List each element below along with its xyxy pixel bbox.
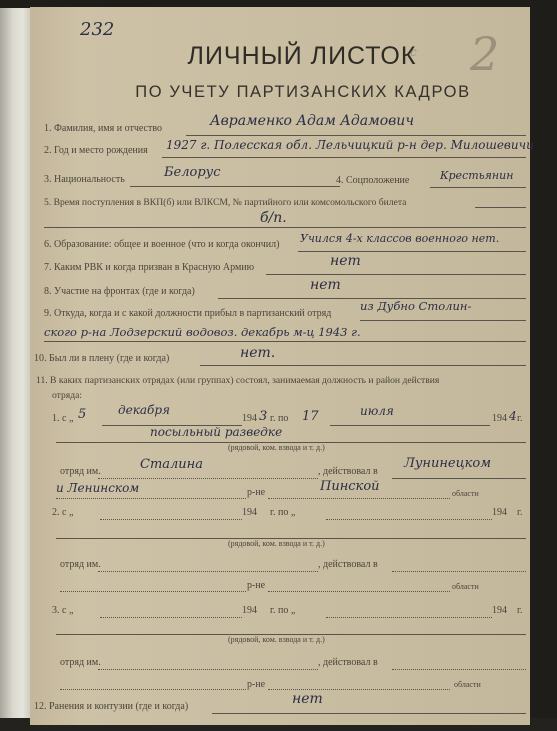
entry-2-g-po: г. по „ — [270, 507, 295, 518]
entry-1-to-line — [330, 425, 490, 426]
field-12-label: 12. Ранения и контузии (где и когда) — [34, 701, 188, 712]
field-5-line-a — [475, 207, 526, 208]
entry-2-oblast-label: области — [452, 582, 479, 591]
field-9-label: 9. Откуда, когда и с какой должности при… — [44, 308, 331, 319]
entry-1-otryad-line — [98, 478, 318, 479]
entry-2-deystvoval-line — [392, 571, 526, 572]
entry-3-otryad-line — [98, 669, 318, 670]
entry-1-to-month: июля — [360, 404, 394, 418]
field-7-label: 7. Каким РВК и когда призван в Красную А… — [44, 262, 254, 273]
entry-1-from-day: 5 — [78, 407, 86, 422]
field-4-line — [430, 187, 526, 188]
entry-3-to-line — [326, 617, 492, 618]
field-1-line — [186, 135, 526, 136]
field-5-value: б/п. — [260, 210, 287, 226]
field-11-label-line1: 11. В каких партизанских отрядах (или гр… — [36, 375, 439, 386]
field-9-line-b — [44, 341, 526, 342]
entry-1-from-month: декабря — [118, 403, 170, 417]
entry-3-oblast-label: области — [454, 680, 481, 689]
field-5-line-b — [44, 227, 526, 228]
field-12-value: нет — [292, 691, 323, 707]
field-1-value: Авраменко Адам Адамович — [210, 113, 414, 129]
entry-1-from-year-printed: 194 — [242, 413, 257, 424]
field-6-label: 6. Образование: общее и военное (что и к… — [44, 239, 279, 250]
field-7-value: нет — [330, 253, 361, 269]
binder-edge — [0, 8, 32, 728]
entry-1-from-year-hand: 3 — [259, 409, 267, 424]
entry-3-position-hint: (рядовой, ком. взвода и т. д.) — [228, 635, 325, 644]
entry-2-otryad-label: отряд им. — [60, 559, 101, 570]
field-1-label: 1. Фамилия, имя и отчество — [44, 123, 162, 134]
archive-number: 232 — [80, 19, 114, 40]
document-subtitle: ПО УЧЕТУ ПАРТИЗАНСКИХ КАДРОВ — [108, 83, 498, 102]
entry-2-from-year-printed: 194 — [242, 507, 257, 518]
entry-2-from-line — [100, 519, 242, 520]
entry-1-oblast-line — [268, 498, 450, 499]
field-12-line — [212, 713, 526, 714]
entry-1-rayon-line — [56, 498, 246, 499]
entry-1-prefix: 1. с „ — [52, 413, 73, 424]
entry-1-to-year-printed: 194 — [492, 413, 507, 424]
entry-1-g: г. — [517, 413, 522, 424]
entry-2-to-line — [326, 519, 492, 520]
entry-1-oblast-value: Пинской — [320, 479, 380, 494]
field-9-value-line1: из Дубно Столин- — [360, 299, 471, 313]
field-6-line — [298, 251, 526, 252]
pencil-mark-large: 2 — [470, 27, 499, 81]
entry-1-position-hint: (рядовой, ком. взвода и т. д.) — [228, 443, 325, 452]
field-4-label: 4. Соцположение — [336, 175, 409, 186]
entry-1-to-day: 17 — [302, 409, 319, 424]
entry-1-rayon-label: р-не — [247, 487, 265, 498]
field-3-value: Белорус — [164, 165, 221, 180]
entry-3-oblast-line — [268, 689, 450, 690]
entry-2-otryad-line — [98, 571, 318, 572]
field-3-label: 3. Национальность — [44, 174, 125, 185]
entry-3-to-year-printed: 194 — [492, 605, 507, 616]
field-3-line — [130, 186, 340, 187]
field-10-value: нет. — [240, 345, 275, 361]
entry-3-otryad-label: отряд им. — [60, 657, 101, 668]
entry-1-deystvoval-value: Лунинецком — [404, 456, 491, 471]
field-10-line — [200, 365, 526, 366]
field-6-value: Учился 4-х классов военного нет. — [300, 232, 499, 245]
entry-1-position: посыльный разведке — [150, 425, 282, 439]
field-2-value: 1927 г. Полесская обл. Лельчицкий р-н де… — [166, 138, 534, 152]
entry-1-to-year-hand: 4 — [509, 409, 517, 423]
field-5-label: 5. Время поступления в ВКП(б) или ВЛКСМ,… — [44, 197, 406, 208]
entry-2-prefix: 2. с „ — [52, 507, 73, 518]
entry-3-prefix: 3. с „ — [52, 605, 73, 616]
entry-3-rayon-line — [60, 689, 246, 690]
field-8-label: 8. Участие на фронтах (где и когда) — [44, 286, 195, 297]
field-9-value-line2: ского р-на Лодзерский водовоз. декабрь м… — [44, 325, 361, 339]
entry-1-deystvoval-line — [392, 478, 526, 479]
entry-3-rayon-label: р-не — [247, 679, 265, 690]
entry-1-otryad-value: Сталина — [140, 457, 203, 472]
entry-1-oblast-label: области — [452, 489, 479, 498]
entry-2-rayon-line — [60, 591, 246, 592]
entry-1-g-po: г. по — [270, 413, 288, 424]
entry-3-deystvoval-label: , действовал в — [318, 657, 378, 668]
field-9-line-a — [360, 320, 526, 321]
field-7-line — [266, 274, 526, 275]
field-2-line — [162, 157, 526, 158]
entry-3-g-po: г. по „ — [270, 605, 295, 616]
field-2-label: 2. Год и место рождения — [44, 145, 148, 156]
entry-3-g: г. — [517, 605, 522, 616]
document-title: ЛИЧНЫЙ ЛИСТОК — [152, 42, 452, 71]
field-4-value: Крестьянин — [440, 169, 514, 182]
document-page: 232 с 2 ЛИЧНЫЙ ЛИСТОК ПО УЧЕТУ ПАРТИЗАНС… — [30, 7, 530, 725]
entry-1-otryad-label: отряд им. — [60, 466, 101, 477]
entry-1-rayon-value: и Ленинском — [56, 481, 139, 495]
entry-2-deystvoval-label: , действовал в — [318, 559, 378, 570]
entry-3-deystvoval-line — [392, 669, 526, 670]
entry-2-to-year-printed: 194 — [492, 507, 507, 518]
field-8-value: нет — [310, 277, 341, 293]
field-10-label: 10. Был ли в плену (где и когда) — [34, 353, 169, 364]
entry-2-g: г. — [517, 507, 522, 518]
entry-1-deystvoval-label: , действовал в — [318, 466, 378, 477]
entry-2-position-hint: (рядовой, ком. взвода и т. д.) — [228, 539, 325, 548]
field-11-label-line2: отряда: — [52, 390, 82, 401]
entry-2-oblast-line — [268, 591, 450, 592]
entry-3-from-line — [100, 617, 242, 618]
entry-3-from-year-printed: 194 — [242, 605, 257, 616]
entry-2-rayon-label: р-не — [247, 580, 265, 591]
